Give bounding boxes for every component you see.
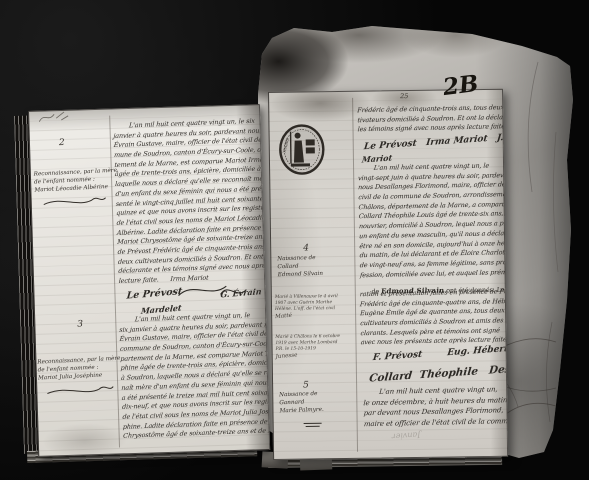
act4-text-block-a: L'an mil huit cent quatre vingt un, levi… bbox=[358, 161, 504, 280]
marginal-mention-marriage: Marié à Villenauxe le 4 avril1907 avec G… bbox=[275, 294, 338, 320]
ink-show-through: Janvier bbox=[392, 430, 421, 441]
margin-note-flourish bbox=[42, 196, 108, 210]
margin-note-line: Marie Palmyre. bbox=[279, 407, 323, 416]
ink-frame-number: 2B bbox=[441, 70, 479, 101]
pencil-mark bbox=[37, 109, 71, 126]
margin-title-act4: Naissance deCollardEdmond Silvain bbox=[277, 255, 323, 280]
signature-prevost: Le Prévost bbox=[126, 286, 183, 302]
photo-backdrop: 2 Reconnaissance, par la mèrede l'enfant… bbox=[0, 0, 589, 480]
act-number: 2 bbox=[59, 138, 65, 148]
act-number: 4 bbox=[303, 243, 309, 253]
page-number: 25 bbox=[400, 92, 408, 100]
margin-note-act2: Reconnaissance, par la mèrede l'enfant n… bbox=[34, 168, 118, 196]
act5-text-block: L'an mil huit cent quatre vingt un,le on… bbox=[363, 385, 506, 430]
margin-note-act3: Reconnaissance, par la mèrede l'enfant n… bbox=[37, 356, 121, 384]
right-page: 25 TIMBRE Frédéric âgé de cinquante-troi… bbox=[268, 89, 508, 460]
continuation-text-block: Frédéric âgé de cinquante-trois ans, tou… bbox=[357, 103, 500, 135]
margin-title-act5: Naissance deGannardMarie Palmyre. bbox=[279, 391, 324, 416]
text-line: maire et officier de l'état civil de la … bbox=[363, 417, 506, 431]
marginal-mention-second: Marié à Châlons le 6 octobre1919 avec Ma… bbox=[275, 334, 340, 360]
act3-text-block: L'an mil huit cent quatre vingt un, lesi… bbox=[119, 311, 270, 442]
act2-text-block: L'an mil huit cent quatre vingt un, le s… bbox=[113, 117, 265, 287]
act4-party-signatures: Collard Théophile Desallanges bbox=[368, 360, 508, 385]
margin-note-flourish bbox=[45, 384, 115, 400]
margin-note-line: Edmond Silvain bbox=[278, 271, 324, 280]
margin-rule bbox=[352, 98, 358, 452]
act4-text-block-b: ration et présentation faites en présenc… bbox=[360, 287, 505, 348]
act-number: 3 bbox=[77, 319, 83, 329]
revenue-stamp-icon: TIMBRE bbox=[277, 122, 326, 177]
left-page: 2 Reconnaissance, par la mèrede l'enfant… bbox=[28, 104, 270, 457]
signature-evrain: G. Évrain bbox=[220, 286, 262, 299]
margin-underline bbox=[302, 420, 326, 428]
text-line: les témoins signé avec nous après lectur… bbox=[357, 123, 500, 136]
act-number: 5 bbox=[303, 380, 309, 390]
